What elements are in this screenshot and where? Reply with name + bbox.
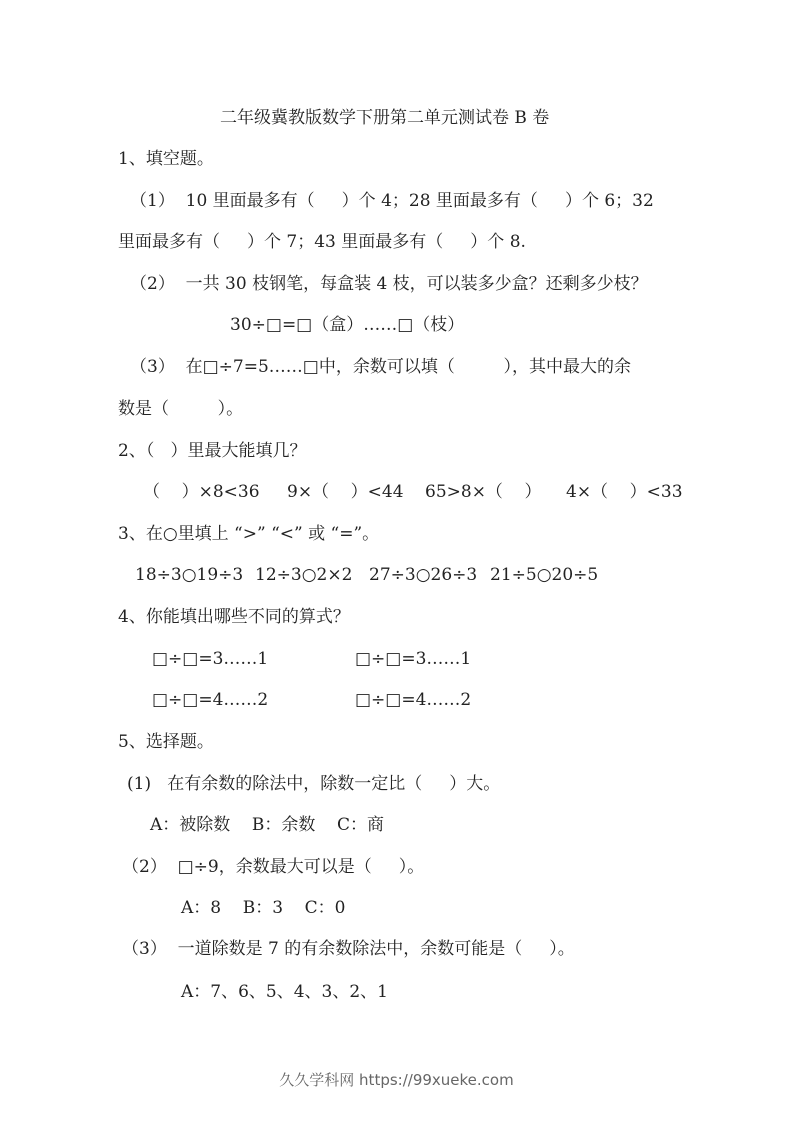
q4-row1-right: □÷□=3……1 bbox=[355, 648, 471, 670]
q4-row1-left: □÷□=3……1 bbox=[152, 648, 268, 670]
q2-expr-3: 65>8×（ ） bbox=[425, 481, 542, 503]
q3-expr-4: 21÷5○20÷5 bbox=[490, 564, 598, 586]
footer-watermark: 久久学科网 https://99xueke.com bbox=[0, 1069, 793, 1090]
q5-1-stem: (1) 在有余数的除法中，除数一定比（ ）大。 bbox=[127, 773, 500, 795]
q1-1-line2: 里面最多有（ ）个 7；43 里面最多有（ ）个 8. bbox=[118, 231, 526, 253]
q2-expr-2: 9×（ ）<44 bbox=[287, 481, 404, 503]
q1-2-line2: 30÷□=□（盒）……□（枝） bbox=[230, 314, 464, 336]
q1-2-line1: （2） 一共 30 枝钢笔，每盒装 4 枝，可以装多少盒？还剩多少枝？ bbox=[130, 273, 648, 295]
q4-row2-right: □÷□=4……2 bbox=[355, 689, 471, 711]
section-4-heading: 4、你能填出哪些不同的算式？ bbox=[118, 606, 350, 628]
q2-expr-4: 4×（ ）<33 bbox=[566, 481, 683, 503]
q3-expr-1: 18÷3○19÷3 bbox=[135, 564, 243, 586]
q1-3-line2: 数是（ ）。 bbox=[118, 398, 243, 420]
q3-expr-2: 12÷3○2×2 bbox=[255, 564, 352, 586]
q1-1-line1: （1） 10 里面最多有（ ）个 4；28 里面最多有（ ）个 6；32 bbox=[130, 190, 654, 212]
q5-1-options: A：被除数 B：余数 C：商 bbox=[150, 814, 384, 836]
q5-2-stem: （2） □÷9，余数最大可以是（ ）。 bbox=[122, 856, 424, 878]
section-3-heading: 3、在○里填上 “>” “<” 或 “=”。 bbox=[118, 523, 379, 545]
q5-3-options: A：7、6、5、4、3、2、1 bbox=[181, 981, 388, 1003]
section-5-heading: 5、选择题。 bbox=[118, 731, 214, 753]
q5-3-stem: （3） 一道除数是 7 的有余数除法中，余数可能是（ ）。 bbox=[122, 938, 575, 960]
section-2-heading: 2、（ ）里最大能填几？ bbox=[118, 440, 307, 462]
section-1-heading: 1、填空题。 bbox=[118, 148, 214, 170]
q3-expr-3: 27÷3○26÷3 bbox=[369, 564, 477, 586]
q1-3-line1: （3） 在□÷7=5……□中，余数可以填（ ），其中最大的余 bbox=[130, 356, 631, 378]
q4-row2-left: □÷□=4……2 bbox=[152, 689, 268, 711]
document-title: 二年级冀教版数学下册第二单元测试卷 B 卷 bbox=[220, 107, 549, 129]
q5-2-options: A：8 B：3 C：0 bbox=[181, 897, 345, 919]
q2-expr-1: （ ）×8<36 bbox=[143, 481, 260, 503]
